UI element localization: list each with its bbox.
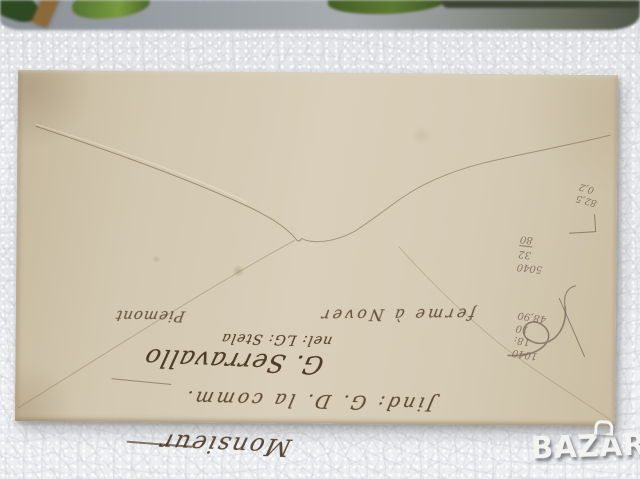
shopping-bag-handle-icon	[594, 420, 614, 436]
handwriting-address-line-6: Piemont	[91, 301, 209, 332]
pencil-sum-block-b: 1040 18: 10 48,90	[511, 308, 580, 367]
photograph: Monsieur Jind: G. D. la comm. G. Serrava…	[0, 0, 640, 479]
watermark-text: BAZAR	[530, 426, 640, 466]
pencil-number: 10	[515, 321, 529, 335]
pencil-number: 32	[518, 245, 532, 261]
handwriting-address-line-1: Monsieur	[121, 420, 328, 470]
pencil-number: 18:	[513, 333, 531, 348]
pencil-sum-block-a: 5040 32 80	[516, 232, 576, 279]
hedge-strip	[442, 0, 640, 8]
envelope: Monsieur Jind: G. D. la comm. G. Serrava…	[15, 70, 618, 426]
background-scene-strip	[0, 0, 640, 30]
pencil-number: 80	[519, 232, 533, 246]
bazar-watermark-logo: BAZAR	[530, 426, 640, 466]
pencil-bracket-line	[568, 214, 596, 234]
